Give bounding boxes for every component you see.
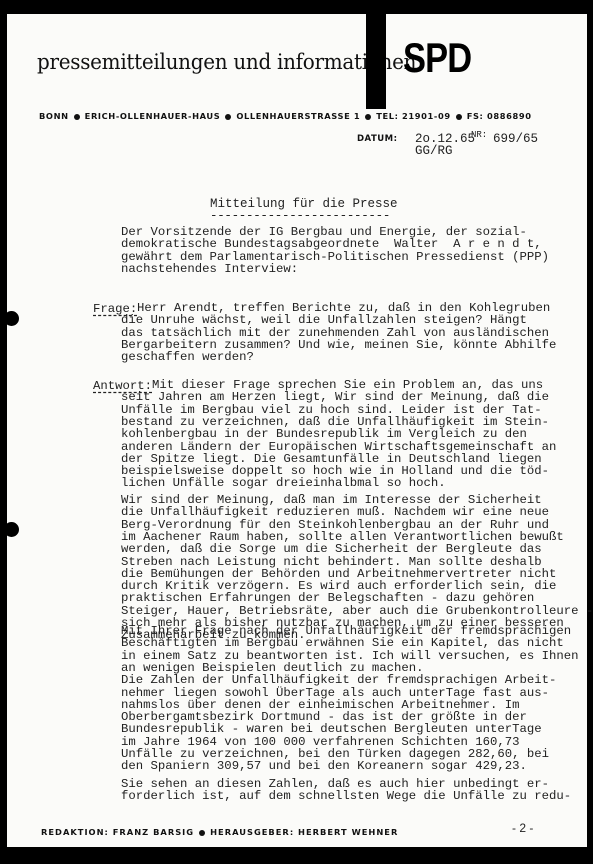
masthead-title: pressemitteilungen und informationen [37,50,416,74]
answer-line: forderlich ist, auf dem schnellsten Wege… [121,790,571,802]
answer-line: die Unfallhäufigkeit reduzieren muß. Nac… [121,506,549,518]
spd-logo: SPD [403,34,471,82]
address-street: OLLENHAUERSTRASSE 1 [236,111,360,121]
answer-line: seit Jahren am Herzen liegt, Wir sind de… [121,391,549,403]
answer-line: Bundesrepublik - waren bei deutschen Ber… [121,723,542,735]
punch-hole-bottom [4,522,19,537]
answer-line: anderen Ländern der Europäischen Wirtsch… [121,441,556,453]
masthead-divider-bar [366,14,386,109]
reference-initials: GG/RG [415,144,453,158]
letter-page: pressemitteilungen und informationen SPD… [7,14,587,847]
bullet-icon [365,114,371,120]
bullet-icon [74,114,80,120]
answer-line: Streben nach Leistung nicht behindert. M… [121,556,542,568]
address-line: BONNERICH-OLLENHAUER-HAUSOLLENHAUERSTRAS… [39,111,532,121]
question-line: geschaffen werden? [121,351,254,363]
answer-line: praktischen Erfahrungen der Belegschafte… [121,592,534,604]
datum-label: DATUM: [357,134,398,144]
footer-herausgeber: HERAUSGEBER: HERBERT WEHNER [210,827,398,837]
question-line: die Unruhe wächst, weil die Unfallzahlen… [121,314,527,326]
answer-line: kohlenbergbau in der Bundesrepublik im V… [121,428,527,440]
intro-line: demokratische Bundestagsabgeordnete Walt… [121,238,542,250]
intro-line: nachstehendes Interview: [121,263,298,275]
answer-line: lichen Unfälle sogar dreieinhalbmal so h… [121,477,446,489]
answer-line: Beschäftigten im Bergbau erwähnen Sie ei… [121,637,564,649]
answer-line: nehmer liegen sowohl ÜberTage als auch u… [121,687,549,699]
footer-redaktion: REDAKTION: FRANZ BARSIG [41,827,194,837]
answer-line: den Spaniern 309,57 und bei den Koreaner… [121,760,527,772]
bullet-icon [225,114,231,120]
address-telex: FS: 0886890 [467,111,532,121]
bullet-icon [456,114,462,120]
punch-hole-top [4,311,19,326]
address-building: ERICH-OLLENHAUER-HAUS [85,111,221,121]
nr-value: 699/65 [493,132,538,146]
answer-line: werden, daß die Sorge um die Sicherheit … [121,543,542,555]
address-phone: TEL: 21901-09 [376,111,450,121]
bullet-icon [199,830,205,836]
heading-underline: ------------------------- [210,209,390,223]
nr-label: NR: [471,130,487,140]
footer-credits: REDAKTION: FRANZ BARSIGHERAUSGEBER: HERB… [41,827,398,837]
answer-line: Die Zahlen der Unfallhäufigkeit der frem… [121,674,556,686]
page-number: - 2 - [512,821,533,835]
address-city: BONN [39,111,69,121]
